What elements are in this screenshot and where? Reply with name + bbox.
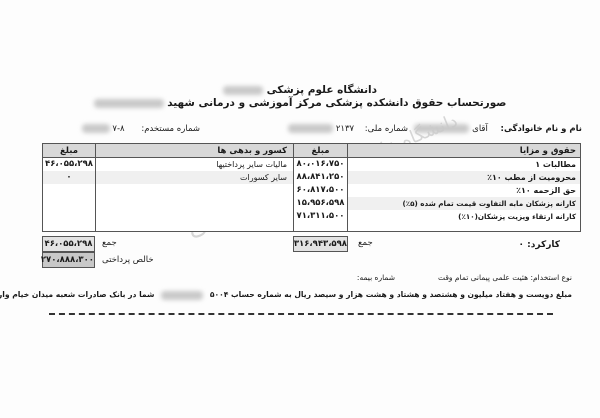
earnings-row-label: کارانه ارتقاء ویزیت پزشکان(۱۰٪)	[348, 210, 580, 223]
earnings-row-amount: ۸۸،۸۴۱،۲۵۰	[294, 171, 347, 184]
redacted-university	[223, 86, 263, 95]
earnings-header: حقوق و مزایا مبلغ	[294, 144, 580, 158]
earnings-row-amount: ۶۰،۸۱۷،۵۰۰	[294, 184, 347, 197]
employee-number-field: شماره مستخدم: ۸-۷	[82, 124, 200, 134]
national-id-field: شماره ملی: ۲۱۳۷	[288, 124, 408, 134]
earnings-total-label: جمع	[358, 238, 373, 248]
deduction-row-label: مالیات سایر پرداختیها	[96, 158, 293, 171]
redacted-center-name	[94, 99, 164, 108]
earnings-header-amount: مبلغ	[294, 144, 348, 157]
earnings-row-label: حق الزحمه ۱۰٪	[348, 184, 580, 197]
deductions-total-label: جمع	[102, 238, 117, 248]
deductions-amount-column: ۴۶،۰۵۵،۲۹۸ ۰	[43, 158, 96, 231]
net-payment-amount: ۲۷۰،۸۸۸،۳۰۰	[42, 252, 95, 268]
employment-type: نوع استخدام: هئیت علمی پیمانی تمام وقت	[438, 273, 572, 282]
redacted-national-id	[288, 124, 333, 133]
earnings-header-label: حقوق و مزایا	[348, 144, 580, 157]
earnings-amount-column: ۸۰،۰۱۶،۷۵۰ ۸۸،۸۴۱،۲۵۰ ۶۰،۸۱۷،۵۰۰ ۱۵،۹۵۶،…	[294, 158, 348, 231]
work-days-label: کارکرد: ۰	[519, 240, 560, 250]
earnings-row-label: مطالبات ۱	[348, 158, 580, 171]
earnings-total-amount: ۳۱۶،۹۴۳،۵۹۸	[293, 236, 348, 252]
deductions-table: کسور و بدهی ها مبلغ مالیات سایر پرداختیه…	[42, 143, 294, 232]
deduction-row-amount: ۰	[43, 171, 95, 184]
deductions-total-amount: ۴۶،۰۵۵،۲۹۸	[42, 236, 95, 252]
net-payment-label: خالص پرداختی	[102, 255, 154, 265]
deductions-header: کسور و بدهی ها مبلغ	[43, 144, 293, 158]
deductions-header-amount: مبلغ	[43, 144, 96, 157]
earnings-row-label: کارانه پزشکان مابه التفاوت قیمت تمام شده…	[348, 197, 580, 210]
earnings-row-amount: ۷۱،۳۱۱،۵۰۰	[294, 210, 347, 223]
payment-description: مبلغ دویست و هفتاد میلیون و هشتصد و هشتا…	[0, 290, 572, 300]
deduction-row-label: سایر کسورات	[96, 171, 293, 184]
redacted-name	[414, 124, 469, 133]
separator-line	[49, 313, 553, 315]
deductions-header-label: کسور و بدهی ها	[96, 144, 293, 157]
redacted-employee-number	[82, 124, 110, 133]
employee-name-field: نام و نام خانوادگی: آقای	[414, 124, 582, 134]
statement-title: صورتحساب حقوق دانشکده پزشکی مرکز آموزشی …	[0, 97, 600, 109]
insurance-number-label: شماره بیمه:	[357, 273, 395, 282]
earnings-table: حقوق و مزایا مبلغ مطالبات ۱ محرومیت از م…	[293, 143, 581, 232]
earnings-row-label: محرومیت از مطب ۱۰٪	[348, 171, 580, 184]
university-title: دانشگاه علوم پزشکی	[0, 84, 600, 96]
deduction-row-amount: ۴۶،۰۵۵،۲۹۸	[43, 158, 95, 171]
earnings-row-amount: ۱۵،۹۵۶،۵۹۸	[294, 197, 347, 210]
redacted-account-number	[161, 291, 203, 300]
earnings-row-amount: ۸۰،۰۱۶،۷۵۰	[294, 158, 347, 171]
